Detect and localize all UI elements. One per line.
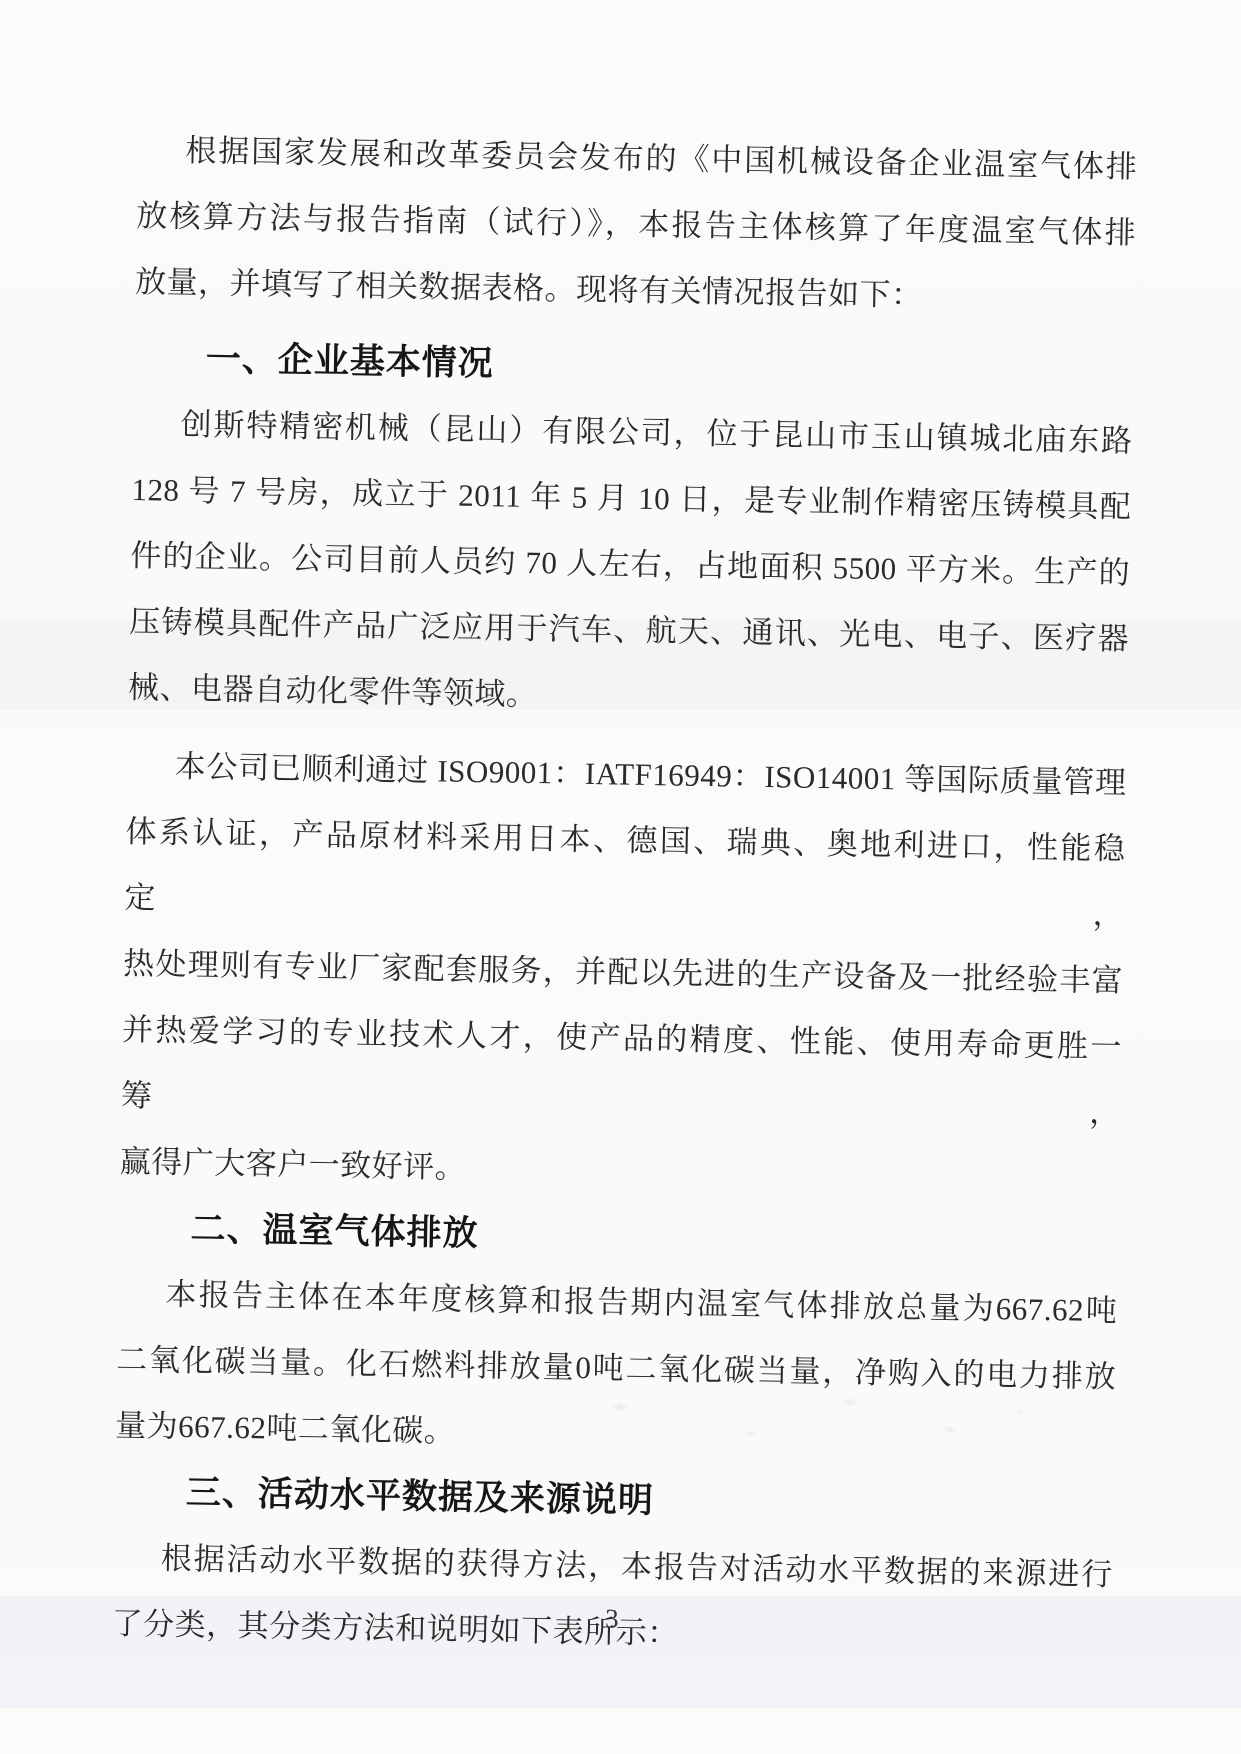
- paragraph-line: 体系认证，产品原材料采用日本、德国、瑞典、奥地利进口，性能稳定，: [124, 799, 1126, 948]
- paragraph-line: 并热爱学习的专业技术人才，使产品的精度、性能、使用寿命更胜一筹，: [120, 997, 1122, 1146]
- paragraph-emissions-totals: 本报告主体在本年度核算和报告期内温室气体排放总量为667.62吨 二氧化碳当量。…: [115, 1261, 1118, 1476]
- paragraph-company-profile: 创斯特精密机械（昆山）有限公司，位于昆山市玉山镇城北庙东路 128 号 7 号房…: [127, 391, 1133, 738]
- paragraph-intro: 根据国家发展和改革委员会发布的《中国机械设备企业温室气体排 放核算方法与报告指南…: [135, 117, 1138, 332]
- paragraph-certifications: 本公司已顺利通过 ISO9001：IATF16949：ISO14001 等国际质…: [119, 733, 1127, 1212]
- document-body: 根据国家发展和改革委员会发布的《中国机械设备企业温室气体排 放核算方法与报告指南…: [110, 117, 1138, 1734]
- scanned-report-page: { "page": { "number": "3" }, "content": …: [0, 0, 1241, 1754]
